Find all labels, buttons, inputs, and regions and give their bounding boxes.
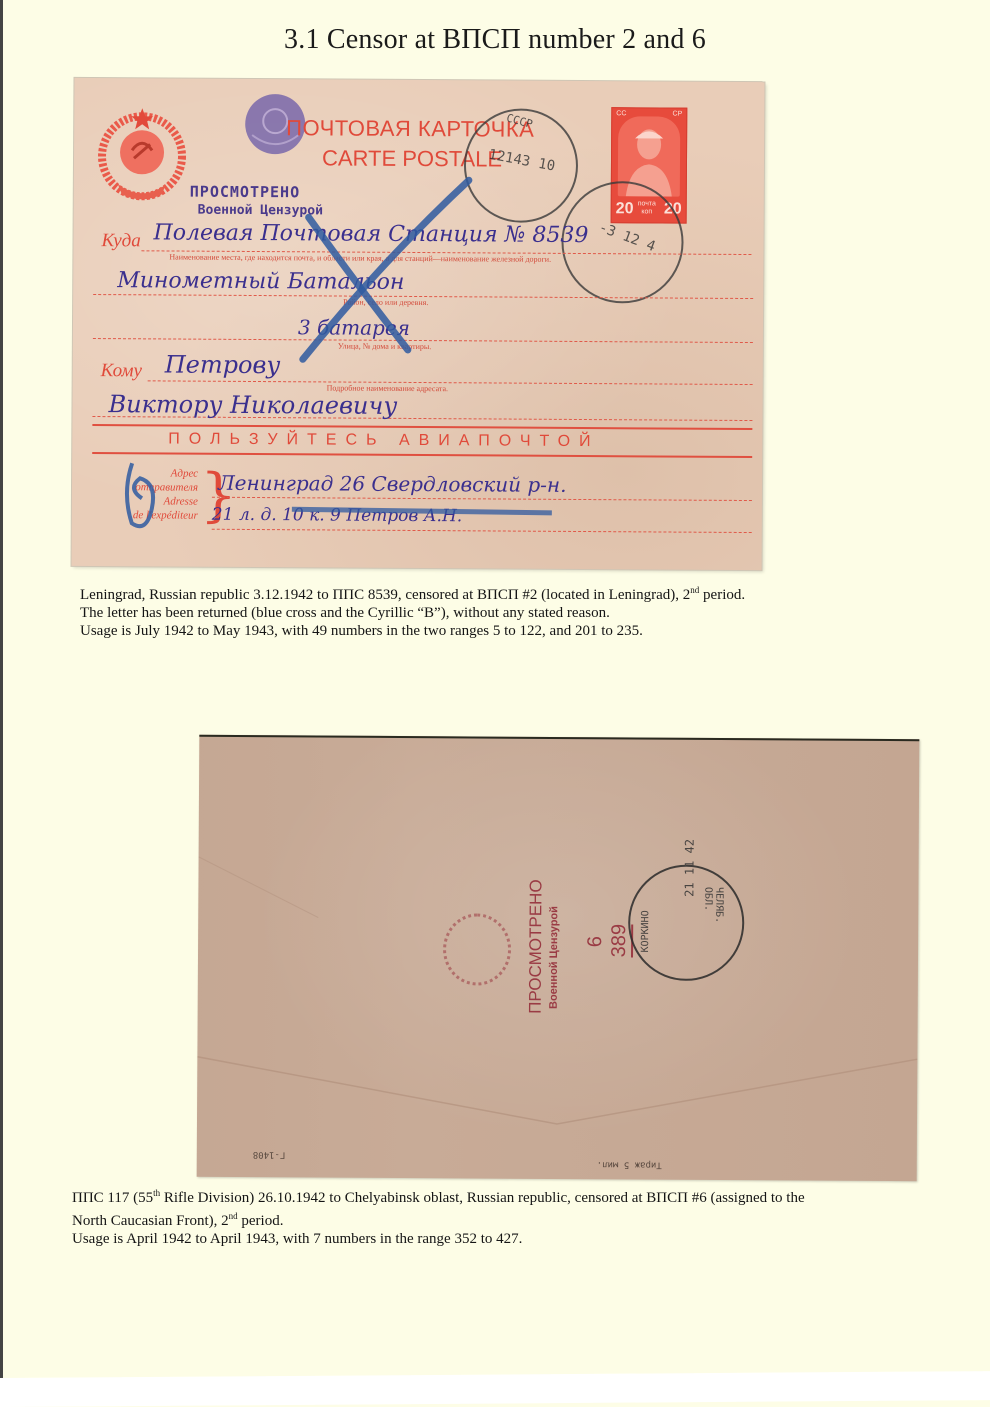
label-to-where: Куда <box>101 230 140 252</box>
caption-line: Usage is July 1942 to May 1943, with 49 … <box>80 622 745 640</box>
caption-text: North Caucasian Front), 2 <box>72 1213 229 1229</box>
caption-item1: Leningrad, Russian republic 3.12.1942 to… <box>80 581 745 640</box>
caption-text: Rifle Division) 26.10.1942 to Chelyabins… <box>160 1190 805 1206</box>
caption-text: Leningrad, Russian republic 3.12.1942 to… <box>80 587 690 603</box>
handwriting-line3: 3 батарея <box>298 315 410 340</box>
cover-item2: ПРОСМОТРЕНО Военной Цензурой 6 389 21 11… <box>197 735 920 1181</box>
caption-text: The letter has been returned (blue cross… <box>80 605 610 621</box>
sender-line <box>212 529 752 533</box>
handwriting-line4: Петрову <box>165 350 281 379</box>
caption-text: period. <box>699 587 745 603</box>
caption-line: North Caucasian Front), 2nd period. <box>72 1207 805 1230</box>
ussr-emblem-icon <box>94 106 191 207</box>
caption-line: Usage is April 1942 to April 1943, with … <box>72 1230 805 1248</box>
postmark-date: 21 11 42 <box>682 839 696 897</box>
caption-line: Leningrad, Russian republic 3.12.1942 to… <box>80 581 745 604</box>
sender-label-fr1: Adresse <box>88 494 198 509</box>
caption-line: ППС 117 (55th Rifle Division) 26.10.1942… <box>72 1184 805 1207</box>
postmark-leningrad-1: 12143 10 СССР <box>464 108 579 223</box>
postmark-top: СССР <box>505 111 534 131</box>
label-sender: Адрес отправителя Adresse de l'expéditeu… <box>88 466 198 523</box>
postmark-town: КОРКИНО <box>640 910 651 952</box>
postal-card-item1: ПОЧТОВАЯ КАРТОЧКА CARTE POSTALE ПРОСМОТР… <box>72 78 765 570</box>
scan-edge <box>0 0 3 1380</box>
caption-item2: ППС 117 (55th Rifle Division) 26.10.1942… <box>72 1184 805 1248</box>
page-title: 3.1 Censor at ВПСП number 2 and 6 <box>0 24 990 56</box>
caption-line: The letter has been returned (blue cross… <box>80 604 745 622</box>
handwriting-line2: Минометный Батальон <box>117 268 404 295</box>
hint-to-where: Наименование места, где находится почта,… <box>169 252 551 263</box>
postmark-date: 12143 10 <box>487 147 556 175</box>
sender-label-ru2: отправителя <box>88 480 198 495</box>
caption-text: ППС 117 (55 <box>72 1190 153 1206</box>
censor-mark-line1: ПРОСМОТРЕНО <box>190 183 300 202</box>
caption-text: period. <box>238 1213 284 1229</box>
censor-emblem-stamp-icon <box>443 913 511 985</box>
caption-text: Usage is July 1942 to May 1943, with 49 … <box>80 623 643 639</box>
printer-mark-code: Г-1408 <box>253 1149 286 1159</box>
scan-margin <box>0 1371 990 1407</box>
label-to-whom: Кому <box>101 360 142 382</box>
postmark-date: -3 12 4 <box>597 220 658 256</box>
sender-line1: Ленинград 26 Свердловский р-н. <box>218 471 567 497</box>
sender-line <box>212 497 752 501</box>
censor-mark-line1: ПРОСМОТРЕНО <box>526 879 547 1014</box>
handwriting-line1: Полевая Почтовая Станция № 8539 <box>153 220 588 248</box>
sender-label-fr2: de l'expéditeur <box>88 508 198 523</box>
postmark-chelyabinsk: 21 11 42 КОРКИНО ЧЕЛЯБ. ОБЛ. <box>628 864 745 981</box>
caption-sup: nd <box>690 585 699 595</box>
censor-mark-line2: Военной Цензурой <box>548 906 561 1009</box>
postmark-region: ЧЕЛЯБ. ОБЛ. <box>702 887 724 923</box>
sender-label-ru1: Адрес <box>88 466 198 481</box>
handwriting-line5: Виктору Николаевичу <box>108 390 397 420</box>
printer-mark-run: Тираж 5 мил. <box>597 1159 662 1169</box>
censor-mark-line2: Военной Цензурой <box>198 203 323 219</box>
caption-text: Usage is April 1942 to April 1943, with … <box>72 1231 522 1247</box>
address-line <box>148 380 753 385</box>
censor-office-number: 6 <box>584 936 607 947</box>
divider-line <box>92 424 752 430</box>
airmail-banner: ПОЛЬЗУЙТЕСЬ АВИАПОЧТОЙ <box>168 430 599 451</box>
sender-line2: 21 л. д. 10 к. 9 Петров А.Н. <box>212 505 463 527</box>
caption-sup: nd <box>229 1211 238 1221</box>
divider-line <box>92 452 752 458</box>
hint-district: Район, село или деревня. <box>343 298 428 308</box>
hint-street: Улица, № дома и квартиры. <box>338 342 431 352</box>
